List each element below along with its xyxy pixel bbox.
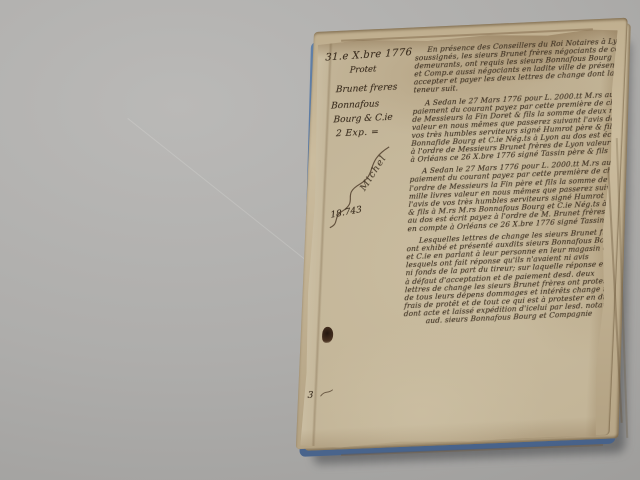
margin-act-type: Protet	[349, 64, 376, 75]
manuscript-stack: 31.e X.bre 1776 Protet Brunet freres Bon…	[293, 18, 640, 465]
margin-date: 31.e X.bre 1776	[325, 47, 412, 63]
body-paragraph: A Sedan le 27 Mars 1776 pour L. 2000.tt …	[407, 159, 618, 233]
margin-copies: 2 Exp. =	[336, 127, 380, 139]
body-paragraph: Lesquelles lettres de change les sieurs …	[403, 228, 615, 327]
page-mark-flourish	[318, 388, 334, 399]
margin-party-3: Bourg & C.ie	[333, 113, 393, 126]
body-text: En présence des Conseillers du Roi Notai…	[403, 37, 623, 326]
margin-party-1: Brunet freres	[336, 82, 398, 95]
body-paragraph: En présence des Conseillers du Roi Notai…	[413, 37, 623, 95]
margin-page-mark: 3	[307, 391, 313, 401]
manuscript-page: 31.e X.bre 1776 Protet Brunet freres Bon…	[300, 28, 618, 450]
body-paragraph: A Sedan le 27 Mars 1776 pour L. 2000.tt …	[410, 90, 621, 164]
photo-background: 31.e X.bre 1776 Protet Brunet freres Bon…	[0, 0, 640, 480]
margin-party-2: Bonnafous	[331, 99, 380, 111]
ink-blot	[322, 327, 334, 344]
